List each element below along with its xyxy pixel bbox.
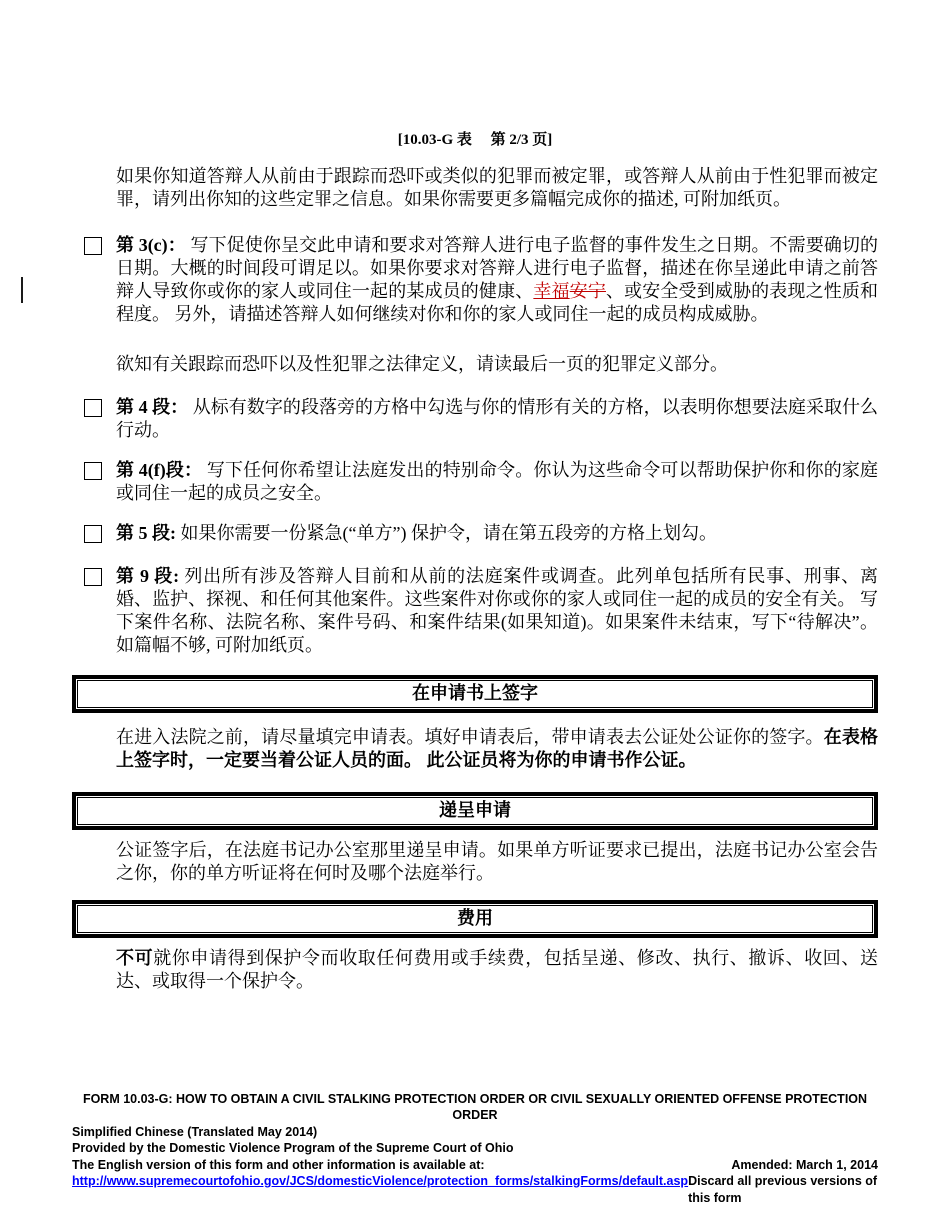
tracked-deletion: 安宁 (570, 281, 606, 301)
footer-form-title: FORM 10.03-G: HOW TO OBTAIN A CIVIL STAL… (72, 1091, 878, 1124)
checkbox-3c[interactable] (84, 237, 102, 255)
checkbox-5[interactable] (84, 525, 102, 543)
check-item-4f: 第 4(f)段： 写下任何你希望让法庭发出的特别命令。你认为这些命令可以帮助保护… (84, 459, 878, 505)
fees-bold-lead: 不可 (116, 948, 153, 968)
item-5-text: 第 5 段: 如果你需要一份紧急(“单方”) 保护令，请在第五段旁的方格上划勾。 (116, 522, 878, 545)
page-header: [10.03-G 表 第 2/3 页] (0, 0, 950, 149)
footer-english-version-note: The English version of this form and oth… (72, 1157, 485, 1174)
footer-discard-note: Discard all previous versions of this fo… (688, 1173, 878, 1206)
section-header-fees: 费用 (72, 900, 878, 938)
checkbox-9[interactable] (84, 568, 102, 586)
document-page: [10.03-G 表 第 2/3 页] 如果你知道答辩人从前由于跟踪而恐吓或类似… (0, 0, 950, 1230)
footer-provided-by: Provided by the Domestic Violence Progra… (72, 1140, 878, 1157)
check-item-9: 第 9 段: 列出所有涉及答辩人目前和从前的法庭案件或调查。此列单包括所有民事、… (84, 565, 878, 657)
checkbox-4[interactable] (84, 399, 102, 417)
item-3c-label: 第 3(c)： (116, 235, 186, 255)
checkbox-4f[interactable] (84, 462, 102, 480)
item-4-body: 从标有数字的段落旁的方格中勾选与你的情形有关的方格，以表明你想要法庭采取什么行动… (116, 397, 878, 440)
definitions-note: 欲知有关跟踪而恐吓以及性犯罪之法律定义，请读最后一页的犯罪定义部分。 (116, 353, 878, 376)
filing-paragraph: 公证签字后，在法庭书记办公室那里递呈申请。如果单方听证要求已提出，法庭书记办公室… (116, 839, 878, 885)
item-4-text: 第 4 段： 从标有数字的段落旁的方格中勾选与你的情形有关的方格，以表明你想要法… (116, 396, 878, 442)
signing-paragraph: 在进入法院之前，请尽量填完申请表。填好申请表后，带申请表去公证处公证你的签字。在… (116, 726, 878, 772)
tracked-insertion: 幸福 (533, 281, 569, 301)
signing-body: 在进入法院之前，请尽量填完申请表。填好申请表后，带申请表去公证处公证你的签字。 (116, 727, 824, 747)
form-url-link[interactable]: http://www.supremecourtofohio.gov/JCS/do… (72, 1173, 688, 1190)
item-4-label: 第 4 段： (116, 397, 188, 417)
item-3c-text: 第 3(c)： 写下促使你呈交此申请和要求对答辩人进行电子监督的事件发生之日期。… (116, 234, 878, 326)
item-5-body: 如果你需要一份紧急(“单方”) 保护令，请在第五段旁的方格上划勾。 (181, 523, 717, 543)
item-4f-label: 第 4(f)段： (116, 460, 202, 480)
section-title-fees: 费用 (77, 905, 873, 933)
check-item-5: 第 5 段: 如果你需要一份紧急(“单方”) 保护令，请在第五段旁的方格上划勾。 (84, 522, 878, 545)
section-header-signing: 在申请书上签字 (72, 675, 878, 713)
item-4f-body: 写下任何你希望让法庭发出的特别命令。你认为这些命令可以帮助保护你和你的家庭或同住… (116, 460, 878, 503)
intro-paragraph: 如果你知道答辩人从前由于跟踪而恐吓或类似的犯罪而被定罪，或答辩人从前由于性犯罪而… (116, 165, 878, 211)
section-header-filing: 递呈申请 (72, 792, 878, 830)
check-item-3c: 第 3(c)： 写下促使你呈交此申请和要求对答辩人进行电子监督的事件发生之日期。… (84, 234, 878, 326)
footer-amended-date: Amended: March 1, 2014 (731, 1157, 878, 1174)
page-footer: FORM 10.03-G: HOW TO OBTAIN A CIVIL STAL… (72, 1091, 878, 1207)
item-9-body: 列出所有涉及答辩人目前和从前的法庭案件或调查。此列单包括所有民事、刑事、离婚、监… (116, 566, 878, 655)
item-9-label: 第 9 段: (116, 566, 179, 586)
tracked-change-bar (21, 277, 23, 303)
section-title-signing: 在申请书上签字 (77, 680, 873, 708)
footer-language-line: Simplified Chinese (Translated May 2014) (72, 1124, 878, 1141)
fees-paragraph: 不可就你申请得到保护令而收取任何费用或手续费，包括呈递、修改、执行、撤诉、收回、… (116, 947, 878, 993)
item-5-label: 第 5 段: (116, 523, 176, 543)
item-4f-text: 第 4(f)段： 写下任何你希望让法庭发出的特别命令。你认为这些命令可以帮助保护… (116, 459, 878, 505)
check-item-4: 第 4 段： 从标有数字的段落旁的方格中勾选与你的情形有关的方格，以表明你想要法… (84, 396, 878, 442)
section-title-filing: 递呈申请 (77, 797, 873, 825)
item-9-text: 第 9 段: 列出所有涉及答辩人目前和从前的法庭案件或调查。此列单包括所有民事、… (116, 565, 878, 657)
fees-body: 就你申请得到保护令而收取任何费用或手续费，包括呈递、修改、执行、撤诉、收回、送达… (116, 948, 878, 991)
